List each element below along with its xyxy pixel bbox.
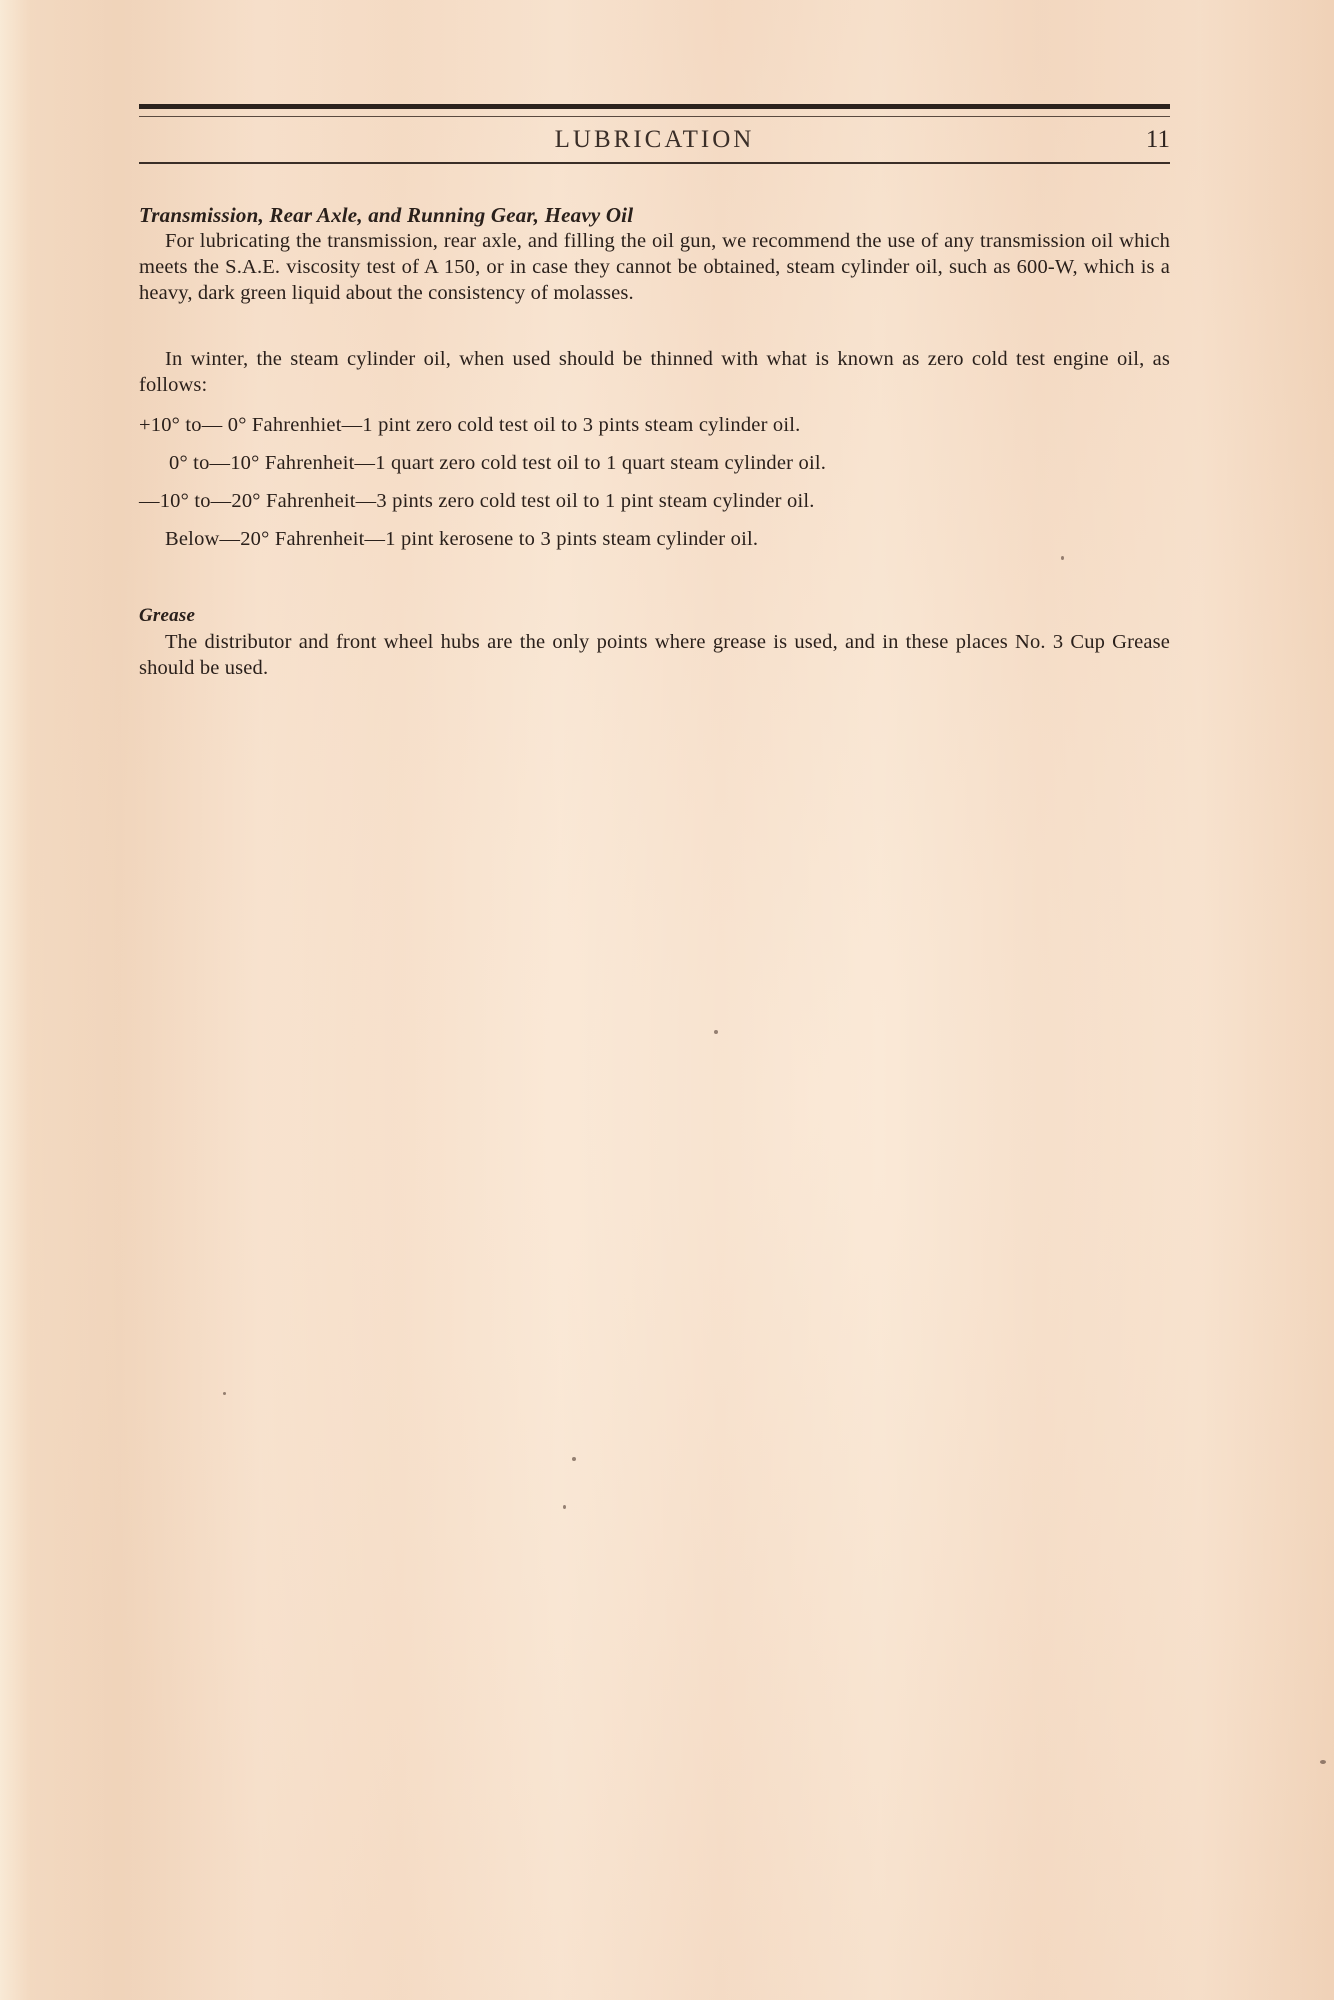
temperature-mixture-line: Below—20° Fahrenheit—1 pint kerosene to … xyxy=(139,520,1170,558)
running-head: LUBRICATION 11 xyxy=(139,124,1170,158)
section-heading-heavy-oil: Transmission, Rear Axle, and Running Gea… xyxy=(139,202,1170,228)
header-rule-under xyxy=(139,162,1170,164)
section-heading-grease: Grease xyxy=(139,603,1170,629)
running-title: LUBRICATION xyxy=(139,126,1170,154)
page-number: 11 xyxy=(1146,126,1170,154)
temperature-mixture-line: +10° to— 0° Fahrenhiet—1 pint zero cold … xyxy=(139,406,1170,444)
scan-speck xyxy=(1320,1760,1326,1764)
paragraph-grease: The distributor and front wheel hubs are… xyxy=(139,629,1170,681)
page-body: Transmission, Rear Axle, and Running Gea… xyxy=(139,202,1170,681)
header-rule-thin xyxy=(139,116,1170,117)
temperature-mixture-line: —10° to—20° Fahrenheit—3 pints zero cold… xyxy=(139,482,1170,520)
paragraph-winter-thinning: In winter, the steam cylinder oil, when … xyxy=(139,346,1170,398)
scan-speck xyxy=(1061,556,1064,560)
scan-speck xyxy=(223,1392,226,1395)
paragraph-transmission-oil: For lubricating the transmission, rear a… xyxy=(139,228,1170,306)
temperature-mixture-list: +10° to— 0° Fahrenhiet—1 pint zero cold … xyxy=(139,406,1170,558)
scan-speck xyxy=(572,1457,576,1461)
header-rule-thick xyxy=(139,104,1170,109)
scan-speck xyxy=(563,1505,566,1509)
scan-speck xyxy=(714,1030,718,1034)
temperature-mixture-line: 0° to—10° Fahrenheit—1 quart zero cold t… xyxy=(139,444,1170,482)
